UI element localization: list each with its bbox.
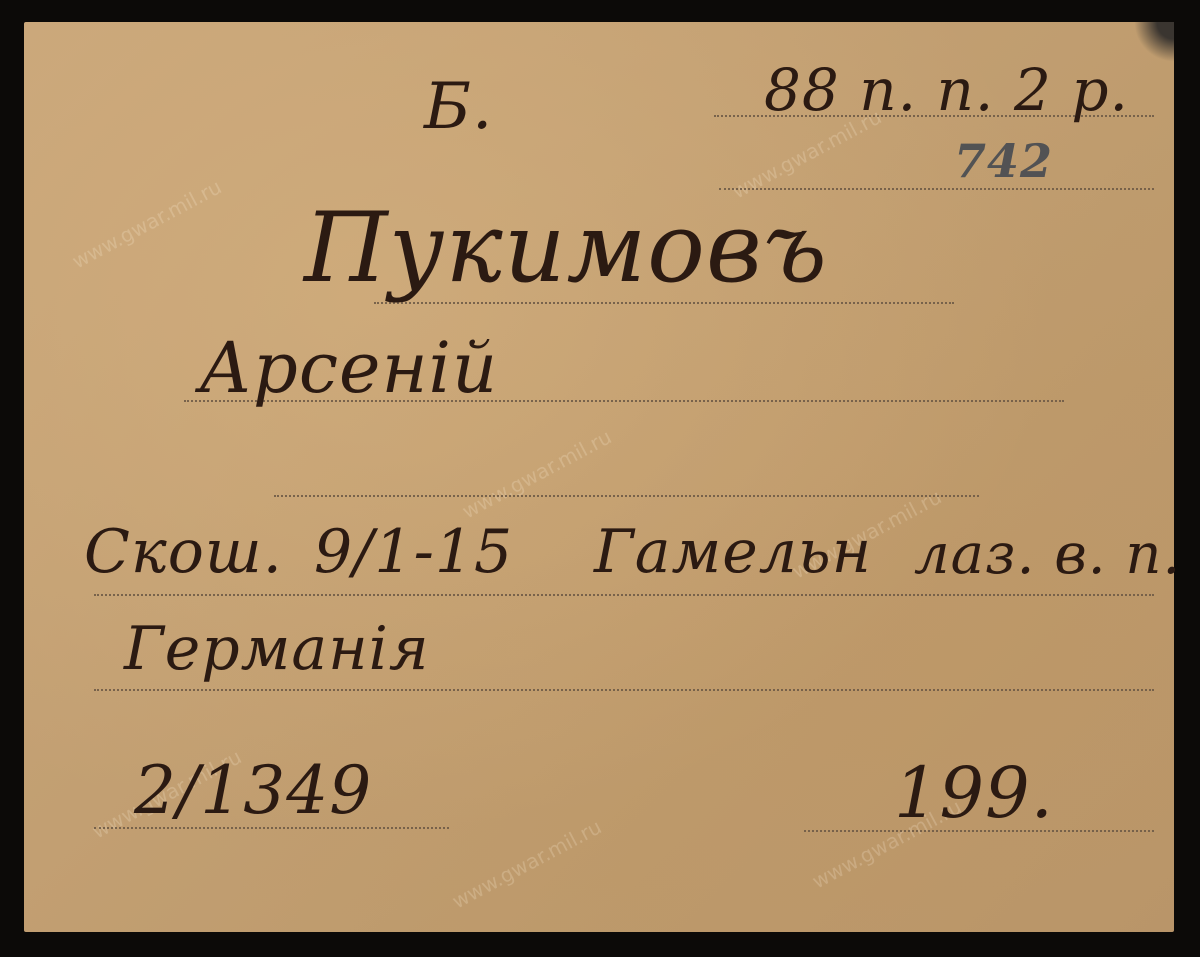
watermark: www.gwar.mil.ru	[458, 425, 615, 524]
ruled-line	[274, 495, 979, 497]
list-reference: 2/1349	[134, 752, 372, 829]
status-place: Гамельн	[594, 517, 872, 587]
watermark: www.gwar.mil.ru	[448, 815, 605, 914]
card-corner-stain	[1134, 22, 1174, 62]
ruled-line	[719, 188, 1154, 190]
card-number: 742	[954, 134, 1053, 188]
page-reference: 199.	[894, 752, 1054, 834]
ruled-line	[94, 689, 1154, 691]
status-date: 9/1-15	[314, 517, 513, 587]
index-card: www.gwar.mil.ru www.gwar.mil.ru www.gwar…	[24, 22, 1174, 932]
first-name: Арсеній	[199, 327, 498, 409]
surname: Пукимовъ	[304, 192, 828, 304]
company: 2 р.	[1014, 56, 1129, 124]
regiment: 88 п. п.	[764, 56, 994, 124]
corner-letter: Б.	[424, 70, 493, 144]
status-label: Скош.	[84, 517, 283, 587]
country: Германія	[124, 614, 430, 684]
ruled-line	[94, 594, 1154, 596]
status-detail: лаз. в. п.	[914, 522, 1181, 587]
watermark: www.gwar.mil.ru	[68, 175, 225, 274]
